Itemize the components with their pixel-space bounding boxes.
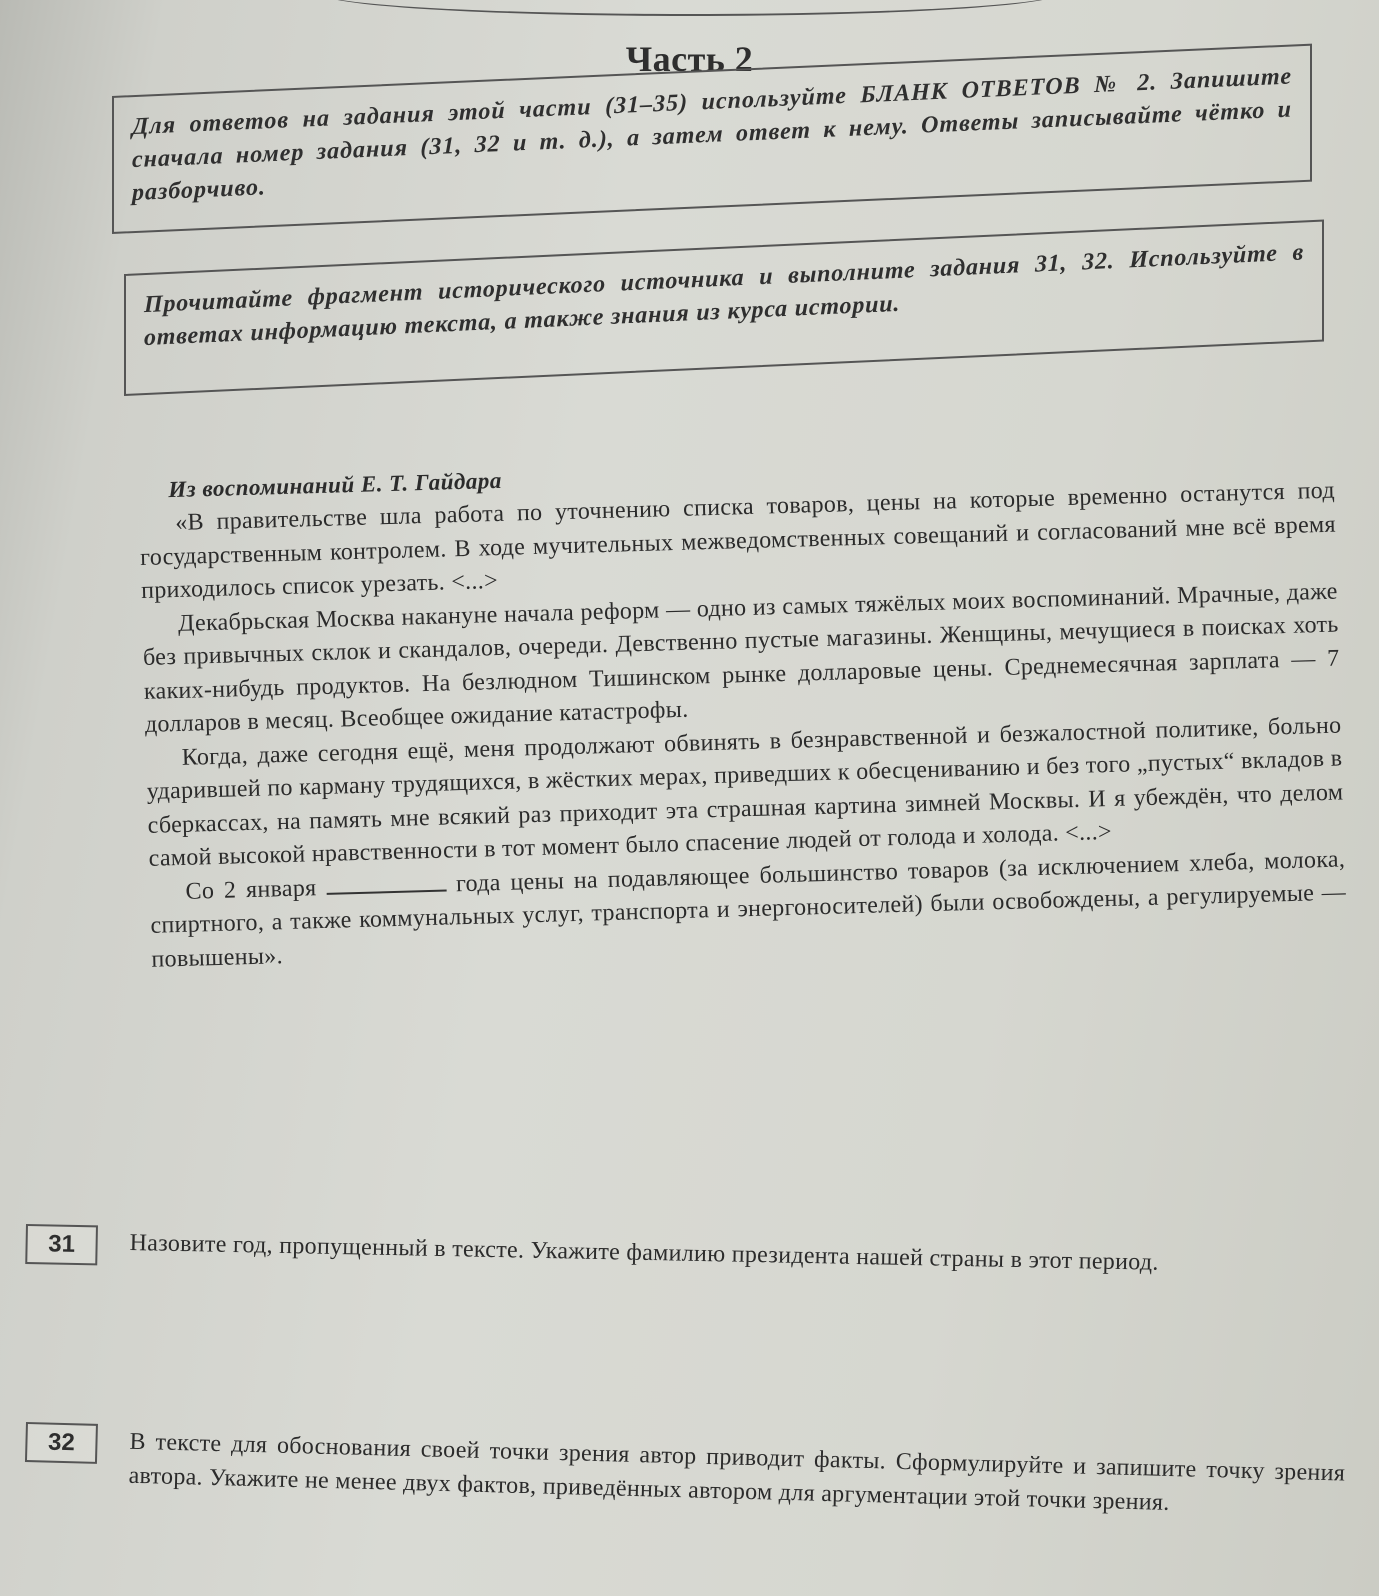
task-text: В тексте для обоснования своей точки зре… — [128, 1425, 1345, 1525]
task-number-box: 31 — [25, 1224, 98, 1265]
text-before-blank: Со 2 января — [185, 875, 317, 905]
source-instructions-text: Прочитайте фрагмент исторического источн… — [144, 239, 1304, 351]
exam-page: Часть 2 Для ответов на задания этой част… — [0, 0, 1379, 1596]
previous-section-border — [320, 0, 1060, 16]
task-32: 32 В тексте для обоснования своей точки … — [24, 1422, 1345, 1525]
task-31: 31 Назовите год, пропущенный в тексте. У… — [25, 1224, 1345, 1283]
missing-year-blank — [326, 871, 447, 894]
source-instructions-box: Прочитайте фрагмент исторического источн… — [124, 220, 1324, 396]
task-text: Назовите год, пропущенный в тексте. Укаж… — [129, 1226, 1345, 1283]
answer-form-instructions-text: Для ответов на задания этой части (31–35… — [132, 63, 1292, 206]
task-number-box: 32 — [25, 1422, 98, 1464]
historical-source: Из воспоминаний Е. Т. Гайдара «В правите… — [138, 445, 1347, 977]
